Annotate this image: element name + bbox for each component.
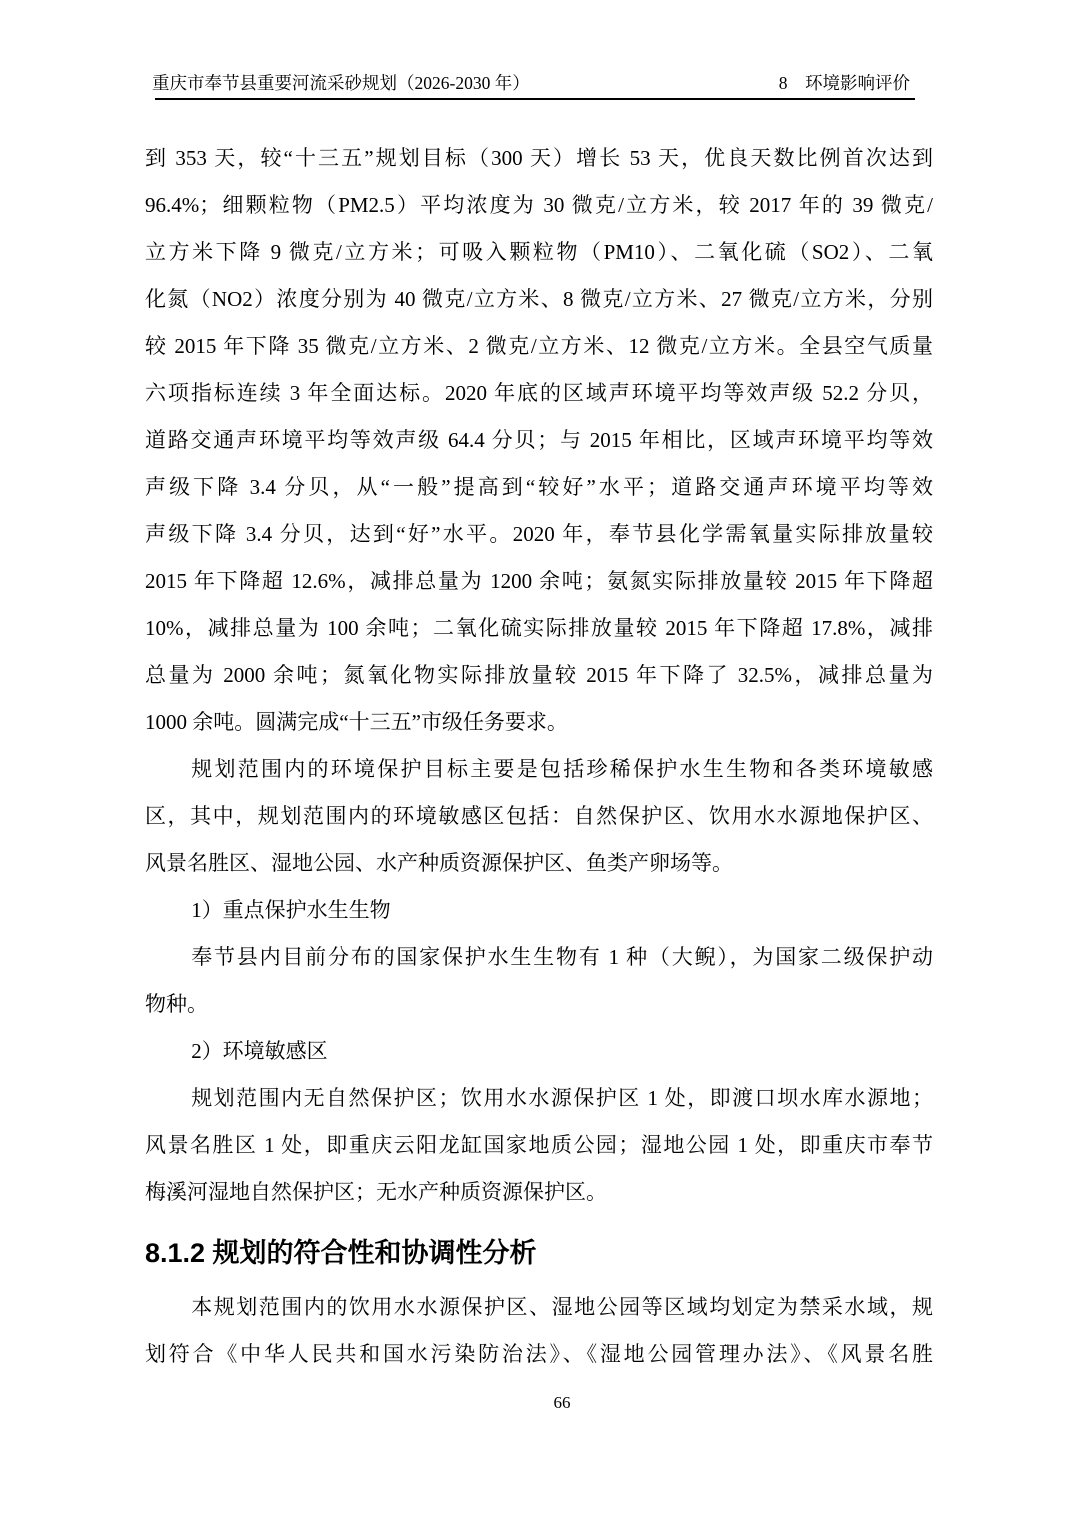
text-line: 奉节县内目前分布的国家保护水生生物有 1 种（大鲵），为国家二级保护动: [145, 934, 933, 981]
text-line: 规划范围内的环境保护目标主要是包括珍稀保护水生生物和各类环境敏感: [145, 746, 933, 793]
header-right-chapter: 8 环境影响评价: [779, 71, 910, 95]
text-line: 总量为 2000 余吨；氮氧化物实际排放量较 2015 年下降了 32.5%，减…: [145, 652, 933, 699]
text-line: 较 2015 年下降 35 微克/立方米、2 微克/立方米、12 微克/立方米。…: [145, 323, 933, 370]
document-page: 重庆市奉节县重要河流采砂规划（2026-2030 年） 8 环境影响评价 到 3…: [0, 0, 1074, 1520]
text-line: 2）环境敏感区: [145, 1028, 933, 1075]
text-line: 物种。: [145, 981, 933, 1028]
page-header: 重庆市奉节县重要河流采砂规划（2026-2030 年） 8 环境影响评价: [152, 71, 910, 95]
text-line: 1）重点保护水生生物: [145, 887, 933, 934]
header-left-title: 重庆市奉节县重要河流采砂规划（2026-2030 年）: [152, 71, 530, 95]
text-line: 风景名胜区 1 处，即重庆云阳龙缸国家地质公园；湿地公园 1 处，即重庆市奉节: [145, 1122, 933, 1169]
text-line: 1000 余吨。圆满完成“十三五”市级任务要求。: [145, 699, 933, 746]
header-rule: [155, 98, 915, 100]
text-line: 声级下降 3.4 分贝，达到“好”水平。2020 年，奉节县化学需氧量实际排放量…: [145, 511, 933, 558]
text-line: 立方米下降 9 微克/立方米；可吸入颗粒物（PM10）、二氧化硫（SO2）、二氧: [145, 229, 933, 276]
text-line: 2015 年下降超 12.6%，减排总量为 1200 余吨；氨氮实际排放量较 2…: [145, 558, 933, 605]
text-line: 道路交通声环境平均等效声级 64.4 分贝；与 2015 年相比，区域声环境平均…: [145, 417, 933, 464]
text-line: 到 353 天，较“十三五”规划目标（300 天）增长 53 天，优良天数比例首…: [145, 135, 933, 182]
text-line: 96.4%；细颗粒物（PM2.5）平均浓度为 30 微克/立方米，较 2017 …: [145, 182, 933, 229]
text-line: 声级下降 3.4 分贝，从“一般”提高到“较好”水平；道路交通声环境平均等效: [145, 464, 933, 511]
text-line: 六项指标连续 3 年全面达标。2020 年底的区域声环境平均等效声级 52.2 …: [145, 370, 933, 417]
text-line: 梅溪河湿地自然保护区；无水产种质资源保护区。: [145, 1169, 933, 1216]
text-line: 化氮（NO2）浓度分别为 40 微克/立方米、8 微克/立方米、27 微克/立方…: [145, 276, 933, 323]
text-line: 风景名胜区、湿地公园、水产种质资源保护区、鱼类产卵场等。: [145, 840, 933, 887]
page-footer: 66: [152, 1391, 972, 1415]
text-line: 10%，减排总量为 100 余吨；二氧化硫实际排放量较 2015 年下降超 17…: [145, 605, 933, 652]
section-heading: 8.1.2 规划的符合性和协调性分析: [145, 1236, 933, 1270]
text-line: 规划范围内无自然保护区；饮用水水源保护区 1 处，即渡口坝水库水源地；: [145, 1075, 933, 1122]
text-line: 划符合《中华人民共和国水污染防治法》、《湿地公园管理办法》、《风景名胜: [145, 1331, 933, 1378]
text-line: 本规划范围内的饮用水水源保护区、湿地公园等区域均划定为禁采水域，规: [145, 1284, 933, 1331]
document-body: 到 353 天，较“十三五”规划目标（300 天）增长 53 天，优良天数比例首…: [145, 135, 933, 1378]
text-line: 区，其中，规划范围内的环境敏感区包括：自然保护区、饮用水水源地保护区、: [145, 793, 933, 840]
page-number: 66: [554, 1393, 571, 1412]
